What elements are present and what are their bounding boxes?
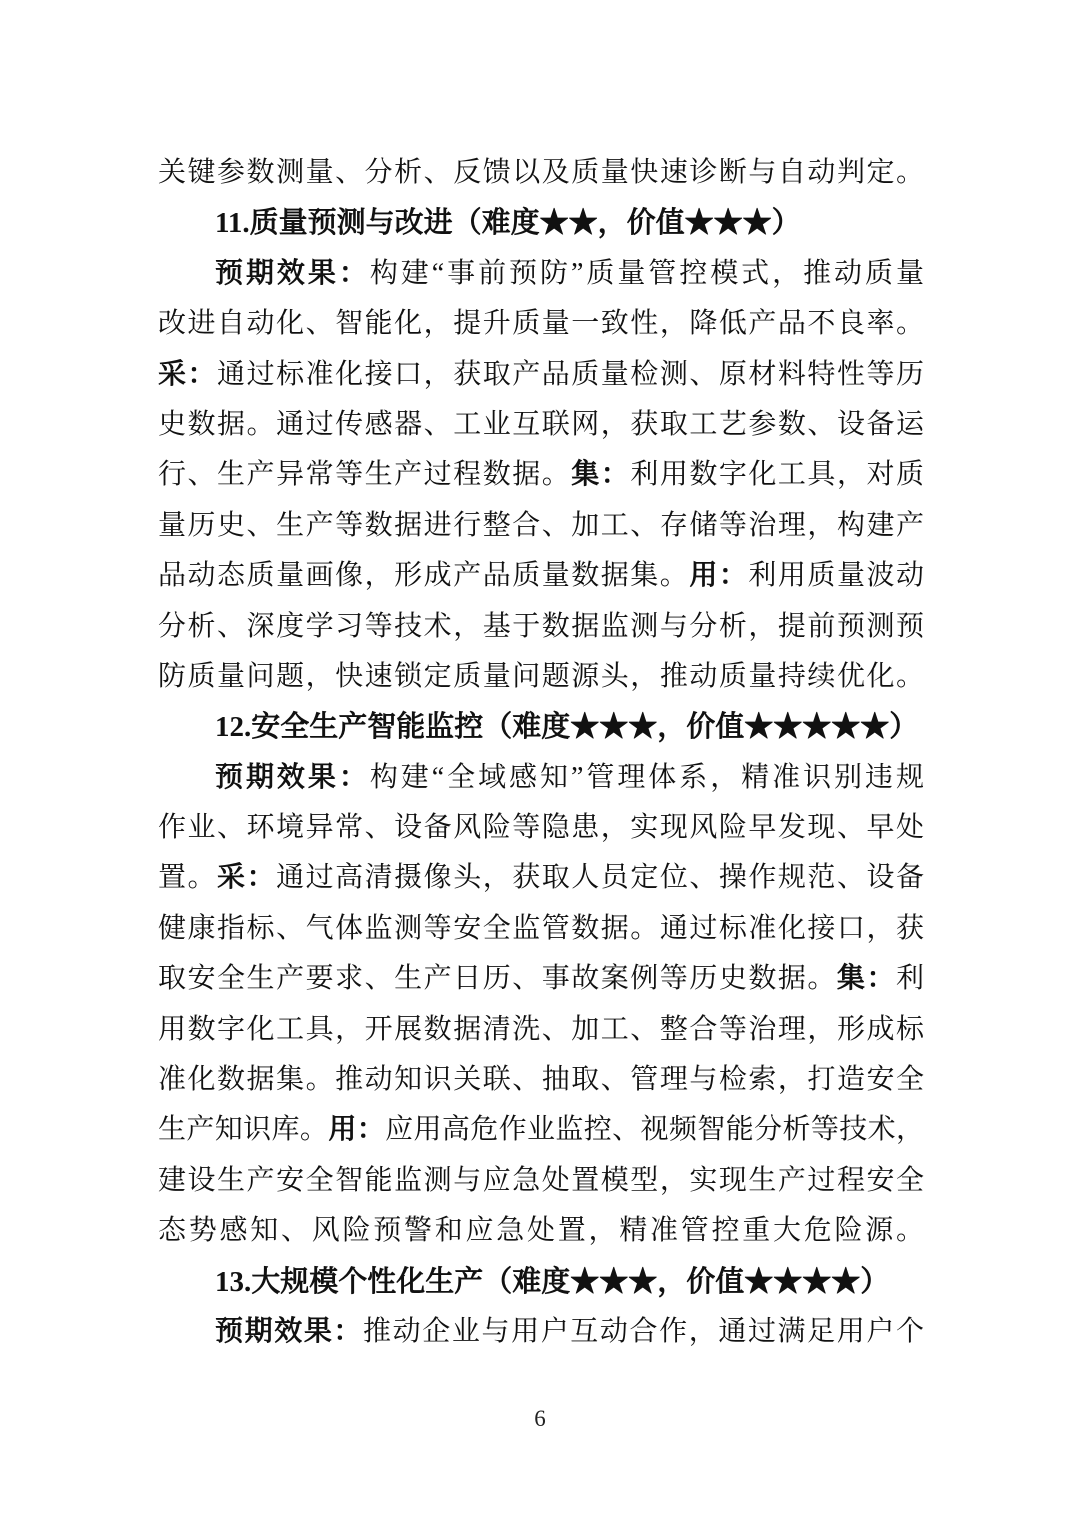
section-11-heading: 11.质量预测与改进（难度★★，价值★★★）	[158, 198, 924, 248]
section-11-line-8: 分析、深度学习等技术，基于数据监测与分析，提前预测预	[158, 602, 924, 652]
text-run: 分析、深度学习等技术，基于数据监测与分析，提前预测预	[158, 611, 924, 642]
section-13-expected-effect-line-1: 预期效果：推动企业与用户互动合作，通过满足用户个	[158, 1307, 924, 1357]
document-body: 关键参数测量、分析、反馈以及质量快速诊断与自动判定。11.质量预测与改进（难度★…	[158, 148, 924, 1357]
text-run: 健康指标、气体监测等安全监管数据。通过标准化接口，获	[158, 913, 924, 944]
text-run: 利用质量波动	[748, 560, 924, 591]
section-11-line-6: 量历史、生产等数据进行整合、加工、存储等治理，构建产	[158, 501, 924, 551]
text-run: 生产知识库。	[158, 1114, 328, 1145]
text-run: 置。	[158, 862, 217, 893]
section-13-heading: 13.大规模个性化生产（难度★★★，价值★★★★）	[158, 1257, 924, 1307]
text-run: 态势感知、风险预警和应急处置，精准管控重大危险源。	[158, 1215, 924, 1246]
section-12-expected-effect-line-1: 预期效果：构建“全域感知”管理体系，精准识别违规	[158, 753, 924, 803]
bold-label: 集：	[571, 459, 630, 490]
section-12-line-10: 态势感知、风险预警和应急处置，精准管控重大危险源。	[158, 1206, 924, 1256]
paragraph-quality-inspection-last-line: 关键参数测量、分析、反馈以及质量快速诊断与自动判定。	[158, 148, 924, 198]
text-run: 行、生产异常等生产过程数据。	[158, 459, 571, 490]
bold-label: 预期效果：	[215, 1316, 363, 1347]
text-run: 关键参数测量、分析、反馈以及质量快速诊断与自动判定。	[158, 157, 924, 188]
section-12-line-3: 置。采：通过高清摄像头，获取人员定位、操作规范、设备	[158, 853, 924, 903]
bold-label: 用：	[689, 560, 748, 591]
document-page: 关键参数测量、分析、反馈以及质量快速诊断与自动判定。11.质量预测与改进（难度★…	[0, 0, 1080, 1527]
text-run: 用数字化工具，开展数据清洗、加工、整合等治理，形成标	[158, 1014, 924, 1045]
text-run: 利	[896, 963, 924, 994]
bold-label: 预期效果：	[215, 762, 370, 793]
text-run: 防质量问题，快速锁定质量问题源头，推动质量持续优化。	[158, 661, 924, 692]
text-run: 品动态质量画像，形成产品质量数据集。	[158, 560, 689, 591]
section-12-line-4: 健康指标、气体监测等安全监管数据。通过标准化接口，获	[158, 904, 924, 954]
section-11-expected-effect-line-1: 预期效果：构建“事前预防”质量管控模式，推动质量	[158, 249, 924, 299]
text-run: 作业、环境异常、设备风险等隐患，实现风险早发现、早处	[158, 812, 924, 843]
section-12-heading: 12.安全生产智能监控（难度★★★，价值★★★★★）	[158, 702, 924, 752]
bold-label: 12.安全生产智能监控（难度★★★，价值★★★★★）	[215, 711, 918, 743]
section-12-line-7: 准化数据集。推动知识关联、抽取、管理与检索，打造安全	[158, 1055, 924, 1105]
bold-label: 采：	[217, 862, 276, 893]
section-11-line-4: 史数据。通过传感器、工业互联网，获取工艺参数、设备运	[158, 400, 924, 450]
text-run: 构建“全域感知”管理体系，精准识别违规	[370, 762, 924, 793]
section-12-line-6: 用数字化工具，开展数据清洗、加工、整合等治理，形成标	[158, 1005, 924, 1055]
section-12-line-9: 建设生产安全智能监测与应急处置模型，实现生产过程安全	[158, 1156, 924, 1206]
text-run: 利用数字化工具，对质	[630, 459, 924, 490]
page-number: 6	[0, 1406, 1080, 1432]
text-run: 建设生产安全智能监测与应急处置模型，实现生产过程安全	[158, 1165, 924, 1196]
section-11-line-9: 防质量问题，快速锁定质量问题源头，推动质量持续优化。	[158, 652, 924, 702]
text-run: 史数据。通过传感器、工业互联网，获取工艺参数、设备运	[158, 409, 924, 440]
section-12-line-5: 取安全生产要求、生产日历、事故案例等历史数据。集：利	[158, 954, 924, 1004]
bold-label: 11.质量预测与改进（难度★★，价值★★★）	[215, 207, 801, 239]
text-run: 取安全生产要求、生产日历、事故案例等历史数据。	[158, 963, 837, 994]
text-run: 改进自动化、智能化，提升质量一致性，降低产品不良率。	[158, 308, 924, 339]
text-run: 构建“事前预防”质量管控模式，推动质量	[370, 258, 924, 289]
section-11-line-7: 品动态质量画像，形成产品质量数据集。用：利用质量波动	[158, 551, 924, 601]
text-run: 通过标准化接口，获取产品质量检测、原材料特性等历	[217, 359, 924, 390]
text-run: 准化数据集。推动知识关联、抽取、管理与检索，打造安全	[158, 1064, 924, 1095]
text-run: 应用高危作业监控、视频智能分析等技术，	[385, 1114, 924, 1145]
section-11-line-2: 改进自动化、智能化，提升质量一致性，降低产品不良率。	[158, 299, 924, 349]
bold-label: 预期效果：	[215, 258, 370, 289]
section-11-line-5: 行、生产异常等生产过程数据。集：利用数字化工具，对质	[158, 450, 924, 500]
section-12-line-8: 生产知识库。用：应用高危作业监控、视频智能分析等技术，	[158, 1105, 924, 1155]
section-11-line-3: 采：通过标准化接口，获取产品质量检测、原材料特性等历	[158, 350, 924, 400]
bold-label: 用：	[328, 1114, 385, 1145]
bold-label: 集：	[837, 963, 896, 994]
section-12-line-2: 作业、环境异常、设备风险等隐患，实现风险早发现、早处	[158, 803, 924, 853]
text-run: 量历史、生产等数据进行整合、加工、存储等治理，构建产	[158, 510, 924, 541]
text-run: 推动企业与用户互动合作，通过满足用户个	[363, 1316, 924, 1347]
bold-label: 采：	[158, 359, 217, 390]
bold-label: 13.大规模个性化生产（难度★★★，价值★★★★）	[215, 1266, 889, 1298]
text-run: 通过高清摄像头，获取人员定位、操作规范、设备	[276, 862, 924, 893]
